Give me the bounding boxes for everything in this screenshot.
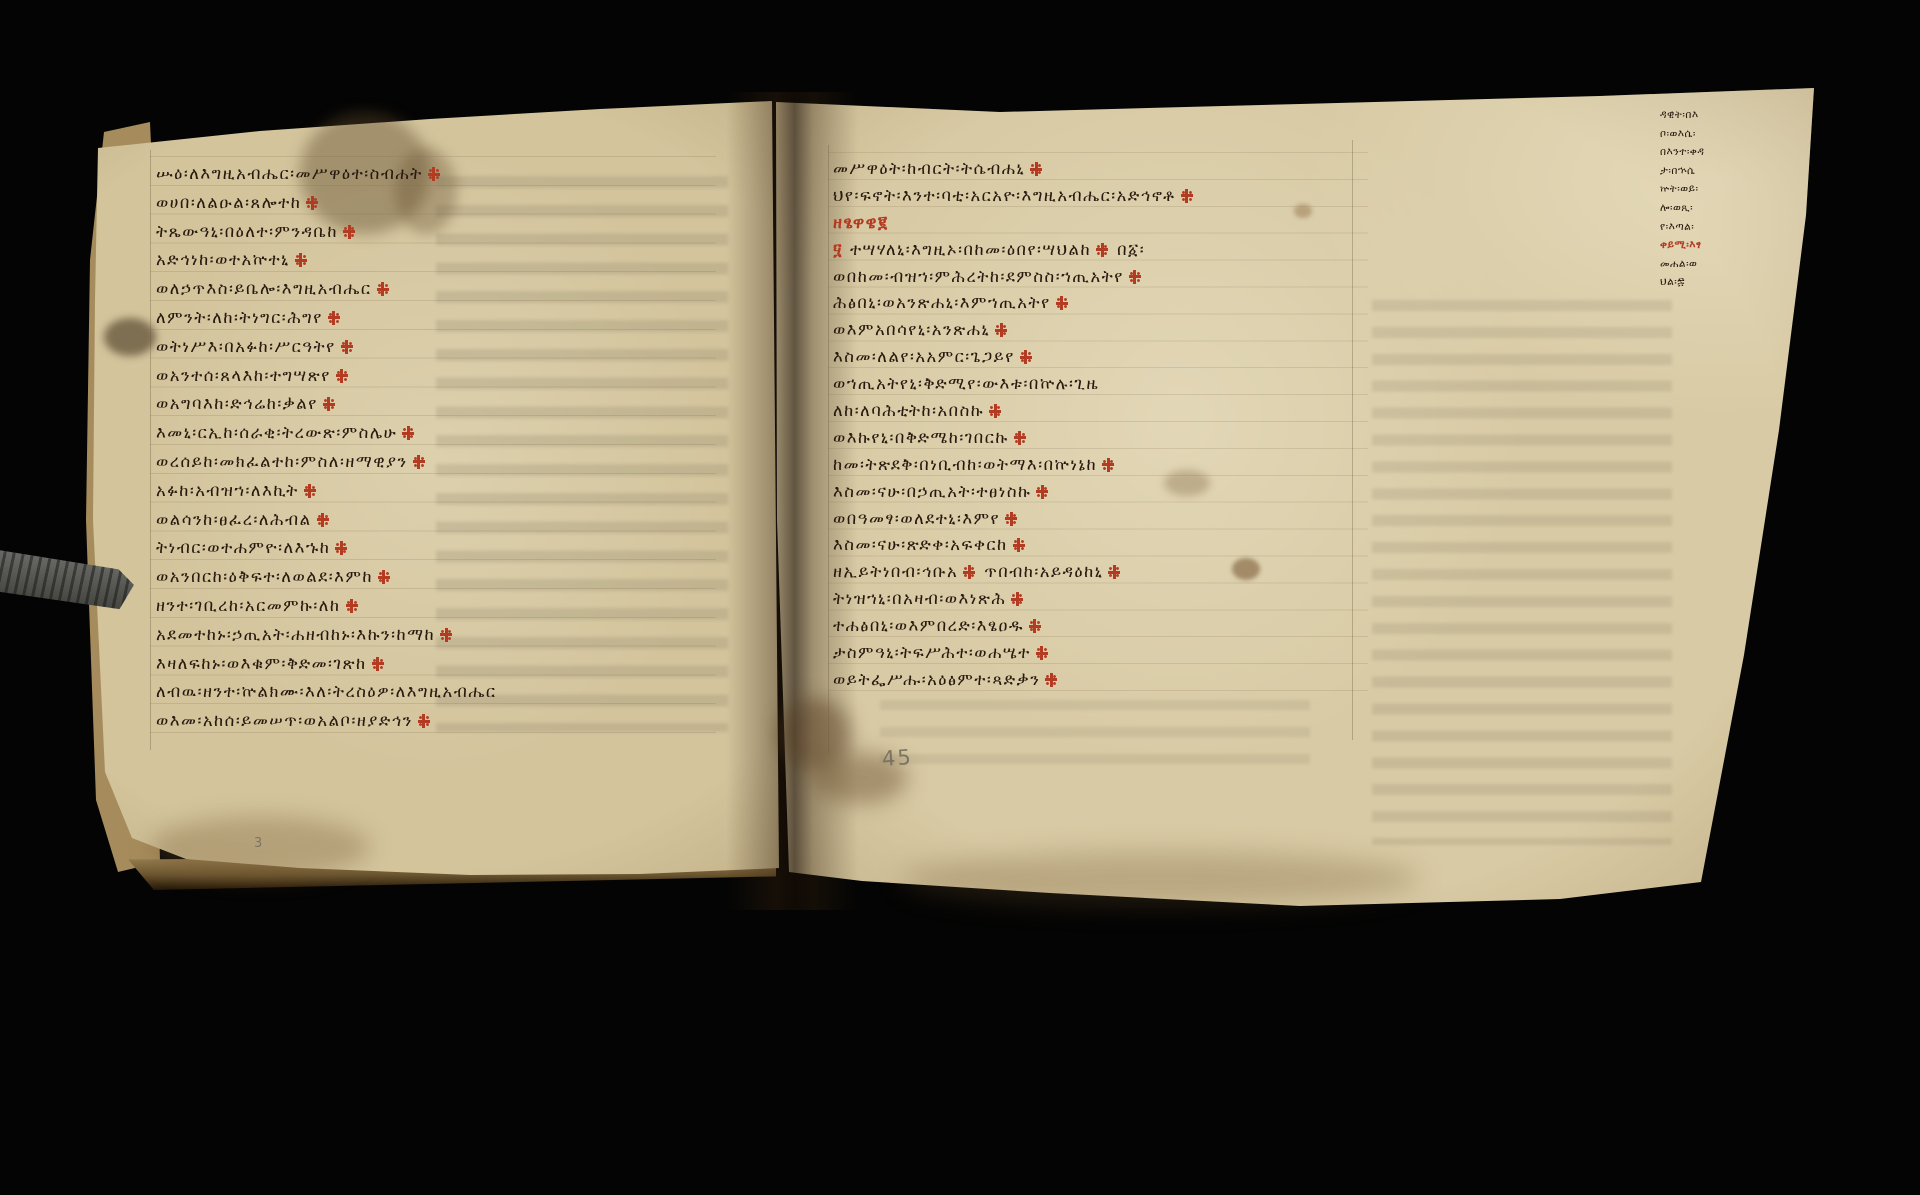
verse-number-initial: ፶ — [833, 240, 843, 259]
text-line: ወይትፌሥሑ፡አዕፅምተ፡ጻድቃን — [833, 667, 1393, 694]
text-line: ዳዊት፡በእ — [1660, 106, 1802, 125]
text-line: አድኅነከ፡ወተአኵተኒ — [156, 246, 736, 275]
text-line: ዘንተ፡ገቢረከ፡አርመምኩ፡ለከ — [156, 592, 736, 621]
geez-text: እመኒ፡ርኢከ፡ሰራቂ፡ትረውጽ፡ምስሌሁ — [156, 423, 397, 442]
text-line: ወለኃጥእስ፡ይቤሎ፡እግዚአብሔር — [156, 275, 736, 304]
text-line: ታ፡በኍሴ — [1660, 162, 1802, 181]
geez-text: የ፡እጣል፡ — [1660, 221, 1694, 233]
red-cross-divider-icon — [995, 323, 1007, 337]
text-line: ለከ፡ለባሕቲትከ፡አበስኩ — [833, 398, 1393, 425]
text-line: ህል፡፷ — [1660, 273, 1802, 292]
right-page-text: መሥዋዕት፡ከብርት፡ትሴብሐኒህየ፡ፍኖት፡እንተ፡ባቲ፡አርአዮ፡እግዚአብ… — [833, 156, 1393, 694]
red-cross-divider-icon — [336, 369, 348, 383]
red-cross-divider-icon — [1014, 431, 1026, 445]
text-line: ትነብር፡ወተሐምዮ፡ለእኁከ — [156, 534, 736, 563]
text-line: ወልሳንከ፡ፀፈረ፡ለሕብል — [156, 506, 736, 535]
red-cross-divider-icon — [1181, 189, 1193, 203]
geez-text: ሕፅበኒ፡ወአንጽሐኒ፡እምኀጢአትየ — [833, 293, 1051, 312]
geez-text: ወትነሥእ፡በአፉከ፡ሥርዓትየ — [156, 337, 336, 356]
text-line: ሕፅበኒ፡ወአንጽሐኒ፡እምኀጢአትየ — [833, 290, 1393, 317]
geez-text: ተሣሃለኒ፡እግዚኦ፡በከመ፡ዕበየ፡ሣህልከ — [850, 240, 1091, 259]
red-cross-divider-icon — [323, 397, 335, 411]
red-cross-divider-icon — [335, 541, 347, 555]
geez-text: ወኀጢአትየኒ፡ቅድሚየ፡ውእቱ፡በኵሉ፡ጊዜ — [833, 374, 1099, 393]
red-cross-divider-icon — [1020, 350, 1032, 364]
text-line: ከመ፡ትጽደቅ፡በነቢብከ፡ወትማእ፡በኵነኔከ — [833, 452, 1393, 479]
text-line: የ፡እጣል፡ — [1660, 218, 1802, 237]
left-page-text: ሡዕ፡ለእግዚአብሔር፡መሥዋዕተ፡ስብሐትወሀበ፡ለልዑል፡ጸሎተከትጼውዓኒ… — [156, 160, 736, 736]
text-line: መሐል፡ወ — [1660, 255, 1802, 274]
red-cross-divider-icon — [1029, 619, 1041, 633]
red-cross-divider-icon — [328, 311, 340, 325]
text-line: ፶ተሣሃለኒ፡እግዚኦ፡በከመ፡ዕበየ፡ሣህልከበ፩፡ — [833, 237, 1393, 264]
geez-text: ዘኢይትነበብ፡ኅቡአ — [833, 562, 958, 581]
text-line: ወእኩየኒ፡በቅድሜከ፡ገበርኩ — [833, 425, 1393, 452]
geez-text: ታ፡በኍሴ — [1660, 165, 1695, 177]
text-line: ወአንተሰ፡ጸላእከ፡ተግሣጽየ — [156, 362, 736, 391]
red-cross-divider-icon — [1030, 162, 1042, 176]
text-line: አደመተከኑ፡ኃጢአት፡ሐዘብከኑ፡እኩን፡ከማከ — [156, 621, 736, 650]
geez-text: ትነብር፡ወተሐምዮ፡ለእኁከ — [156, 538, 330, 557]
text-line: እስመ፡ናሁ፡በኃጢአት፡ተፀነስኩ — [833, 479, 1393, 506]
red-cross-divider-icon — [304, 484, 316, 498]
text-line: ትጼውዓኒ፡በዕለተ፡ምንዳቤከ — [156, 218, 736, 247]
red-cross-divider-icon — [1056, 296, 1068, 310]
pencil-corner-mark: 3 — [254, 836, 262, 851]
text-line: ወበከመ፡ብዝኀ፡ምሕረትከ፡ደምስስ፡ኀጢአትየ — [833, 264, 1393, 291]
text-line: ቦ፡ወእሴ፡ — [1660, 125, 1802, 144]
red-cross-divider-icon — [306, 196, 318, 210]
red-cross-divider-icon — [1036, 485, 1048, 499]
text-line: ወእምአበሳየኒ፡አንጽሐኒ — [833, 317, 1393, 344]
geez-text: አድኅነከ፡ወተአኵተኒ — [156, 250, 290, 269]
text-line: በእንተ፡ቀዳ — [1660, 143, 1802, 162]
red-cross-divider-icon — [1096, 243, 1108, 257]
text-line: ወረሰይከ፡መክፈልተከ፡ምስለ፡ዘማዊያን — [156, 448, 736, 477]
red-cross-divider-icon — [1045, 673, 1057, 687]
geez-text: ትጼውዓኒ፡በዕለተ፡ምንዳቤከ — [156, 222, 338, 241]
text-line: እዛለፍከኑ፡ወእቁም፡ቅድመ፡ገጽከ — [156, 650, 736, 679]
red-cross-divider-icon — [343, 225, 355, 239]
text-line: ኵት፡ወይ፡ — [1660, 180, 1802, 199]
red-cross-divider-icon — [418, 714, 430, 728]
geez-text: አፉከ፡አብዝኀ፡ለእኪት — [156, 481, 299, 500]
geez-text: ቦ፡ወእሴ፡ — [1660, 128, 1696, 140]
geez-text: ወእመ፡አከሰ፡ይመሠጥ፡ወአልቦ፡ዘያድኅን — [156, 711, 413, 730]
geez-text: ዳዊት፡በእ — [1660, 109, 1699, 121]
geez-text: ለከ፡ለባሕቲትከ፡አበስኩ — [833, 401, 984, 420]
geez-text: መሐል፡ወ — [1660, 258, 1697, 270]
geez-text: ከመ፡ትጽደቅ፡በነቢብከ፡ወትማእ፡በኵነኔከ — [833, 455, 1097, 474]
red-cross-divider-icon — [295, 253, 307, 267]
red-cross-divider-icon — [372, 657, 384, 671]
text-line: ታስምዓኒ፡ትፍሥሕተ፡ወሐሤተ — [833, 640, 1393, 667]
text-line: ወሀበ፡ለልዑል፡ጸሎተከ — [156, 189, 736, 218]
geez-text: አደመተከኑ፡ኃጢአት፡ሐዘብከኑ፡እኩን፡ከማከ — [156, 625, 435, 644]
geez-text: በ፩፡ — [1117, 240, 1145, 259]
text-line: ወትነሥእ፡በአፉከ፡ሥርዓትየ — [156, 333, 736, 362]
red-cross-divider-icon — [346, 599, 358, 613]
red-cross-divider-icon — [440, 628, 452, 642]
geez-text: ወአንበርከ፡ዕቅፍተ፡ለወልደ፡እምከ — [156, 567, 373, 586]
geez-text: ለብዉ፡ዘንተ፡ኵልክሙ፡እለ፡ትረስዕዎ፡ለእግዚአብሔር — [156, 682, 497, 701]
geez-text: ወለኃጥእስ፡ይቤሎ፡እግዚአብሔር — [156, 279, 372, 298]
red-cross-divider-icon — [317, 513, 329, 527]
geez-text: ኵት፡ወይ፡ — [1660, 183, 1698, 195]
red-cross-divider-icon — [1005, 512, 1017, 526]
marginal-notes: ዳዊት፡በእቦ፡ወእሴ፡በእንተ፡ቀዳታ፡በኍሴኵት፡ወይ፡ሎ፡ወጺ፡የ፡እጣል… — [1660, 106, 1802, 292]
geez-text: ጥበብከ፡አይዳዕከኒ — [984, 562, 1103, 581]
text-line: ትነዝኀኒ፡በአዛብ፡ወእነጽሕ — [833, 586, 1393, 613]
geez-text: ወልሳንከ፡ፀፈረ፡ለሕብል — [156, 510, 312, 529]
geez-text: ወአግባእከ፡ድኅሬከ፡ቃልየ — [156, 394, 318, 413]
geez-text: ህል፡፷ — [1660, 276, 1685, 288]
text-line: እስመ፡ናሁ፡ጽድቀ፡አፍቀርከ — [833, 532, 1393, 559]
text-line: ለብዉ፡ዘንተ፡ኵልክሙ፡እለ፡ትረስዕዎ፡ለእግዚአብሔር — [156, 678, 736, 707]
geez-text: ሡዕ፡ለእግዚአብሔር፡መሥዋዕተ፡ስብሐት — [156, 164, 423, 183]
geez-text: ወይትፌሥሑ፡አዕፅምተ፡ጻድቃን — [833, 670, 1040, 689]
geez-text: ወበከመ፡ብዝኀ፡ምሕረትከ፡ደምስስ፡ኀጢአትየ — [833, 267, 1124, 286]
red-cross-divider-icon — [402, 426, 414, 440]
text-line: ህየ፡ፍኖት፡እንተ፡ባቲ፡አርአዮ፡እግዚአብሔር፡አድኅኖቶ — [833, 183, 1393, 210]
geez-text: ቀይሚ፡እፃ — [1660, 239, 1702, 251]
red-cross-divider-icon — [341, 340, 353, 354]
pencil-page-number: 45 — [881, 745, 913, 771]
geez-text: ታስምዓኒ፡ትፍሥሕተ፡ወሐሤተ — [833, 643, 1031, 662]
red-cross-divider-icon — [1129, 270, 1141, 284]
text-line: ሎ፡ወጺ፡ — [1660, 199, 1802, 218]
geez-text: ወእኩየኒ፡በቅድሜከ፡ገበርኩ — [833, 428, 1009, 447]
text-line: ወአግባእከ፡ድኅሬከ፡ቃልየ — [156, 390, 736, 419]
text-line: ዘኢይትነበብ፡ኅቡአጥበብከ፡አይዳዕከኒ — [833, 559, 1393, 586]
red-cross-divider-icon — [963, 565, 975, 579]
geez-text: ወአንተሰ፡ጸላእከ፡ተግሣጽየ — [156, 366, 331, 385]
red-cross-divider-icon — [1102, 458, 1114, 472]
red-cross-divider-icon — [378, 570, 390, 584]
geez-text: ወእምአበሳየኒ፡አንጽሐኒ — [833, 320, 990, 339]
geez-text: ዘፄዋዌ፪ — [833, 213, 889, 232]
geez-text: መሥዋዕት፡ከብርት፡ትሴብሐኒ — [833, 159, 1025, 178]
geez-text: እዛለፍከኑ፡ወእቁም፡ቅድመ፡ገጽከ — [156, 654, 367, 673]
geez-text: ዘንተ፡ገቢረከ፡አርመምኩ፡ለከ — [156, 596, 341, 615]
text-line: ሡዕ፡ለእግዚአብሔር፡መሥዋዕተ፡ስብሐት — [156, 160, 736, 189]
geez-text: እስመ፡ለልየ፡አአምር፡ጌጋይየ — [833, 347, 1015, 366]
text-line: ለምንት፡ለከ፡ትነግር፡ሕግየ — [156, 304, 736, 333]
red-cross-divider-icon — [428, 167, 440, 181]
geez-text: እስመ፡ናሁ፡ጽድቀ፡አፍቀርከ — [833, 535, 1008, 554]
geez-text: እስመ፡ናሁ፡በኃጢአት፡ተፀነስኩ — [833, 482, 1031, 501]
text-line: ወኀጢአትየኒ፡ቅድሚየ፡ውእቱ፡በኵሉ፡ጊዜ — [833, 371, 1393, 398]
red-cross-divider-icon — [1011, 592, 1023, 606]
red-cross-divider-icon — [1013, 538, 1025, 552]
manuscript-photo: ሡዕ፡ለእግዚአብሔር፡መሥዋዕተ፡ስብሐትወሀበ፡ለልዑል፡ጸሎተከትጼውዓኒ… — [0, 0, 1920, 1195]
text-line: ዘፄዋዌ፪ — [833, 210, 1393, 237]
red-cross-divider-icon — [377, 282, 389, 296]
geez-text: ወሀበ፡ለልዑል፡ጸሎተከ — [156, 193, 301, 212]
red-cross-divider-icon — [1036, 646, 1048, 660]
red-cross-divider-icon — [989, 404, 1001, 418]
red-cross-divider-icon — [413, 455, 425, 469]
text-line: ወአንበርከ፡ዕቅፍተ፡ለወልደ፡እምከ — [156, 563, 736, 592]
text-line: መሥዋዕት፡ከብርት፡ትሴብሐኒ — [833, 156, 1393, 183]
red-cross-divider-icon — [1108, 565, 1120, 579]
geez-text: ትነዝኀኒ፡በአዛብ፡ወእነጽሕ — [833, 589, 1006, 608]
text-line: እመኒ፡ርኢከ፡ሰራቂ፡ትረውጽ፡ምስሌሁ — [156, 419, 736, 448]
geez-text: ህየ፡ፍኖት፡እንተ፡ባቲ፡አርአዮ፡እግዚአብሔር፡አድኅኖቶ — [833, 186, 1176, 205]
geez-text: ተሐፅበኒ፡ወእምበረድ፡እፄዐዱ — [833, 616, 1024, 635]
text-line: አፉከ፡አብዝኀ፡ለእኪት — [156, 477, 736, 506]
text-line: እስመ፡ለልየ፡አአምር፡ጌጋይየ — [833, 344, 1393, 371]
geez-text: ሎ፡ወጺ፡ — [1660, 202, 1693, 214]
text-line: ወእመ፡አከሰ፡ይመሠጥ፡ወአልቦ፡ዘያድኅን — [156, 707, 736, 736]
text-line: ወበዓመፃ፡ወለደተኒ፡እምየ — [833, 506, 1393, 533]
geez-text: ወረሰይከ፡መክፈልተከ፡ምስለ፡ዘማዊያን — [156, 452, 408, 471]
text-line: ተሐፅበኒ፡ወእምበረድ፡እፄዐዱ — [833, 613, 1393, 640]
text-line: ቀይሚ፡እፃ — [1660, 236, 1802, 255]
geez-text: በእንተ፡ቀዳ — [1660, 146, 1704, 158]
geez-text: ወበዓመፃ፡ወለደተኒ፡እምየ — [833, 509, 1000, 528]
geez-text: ለምንት፡ለከ፡ትነግር፡ሕግየ — [156, 308, 323, 327]
